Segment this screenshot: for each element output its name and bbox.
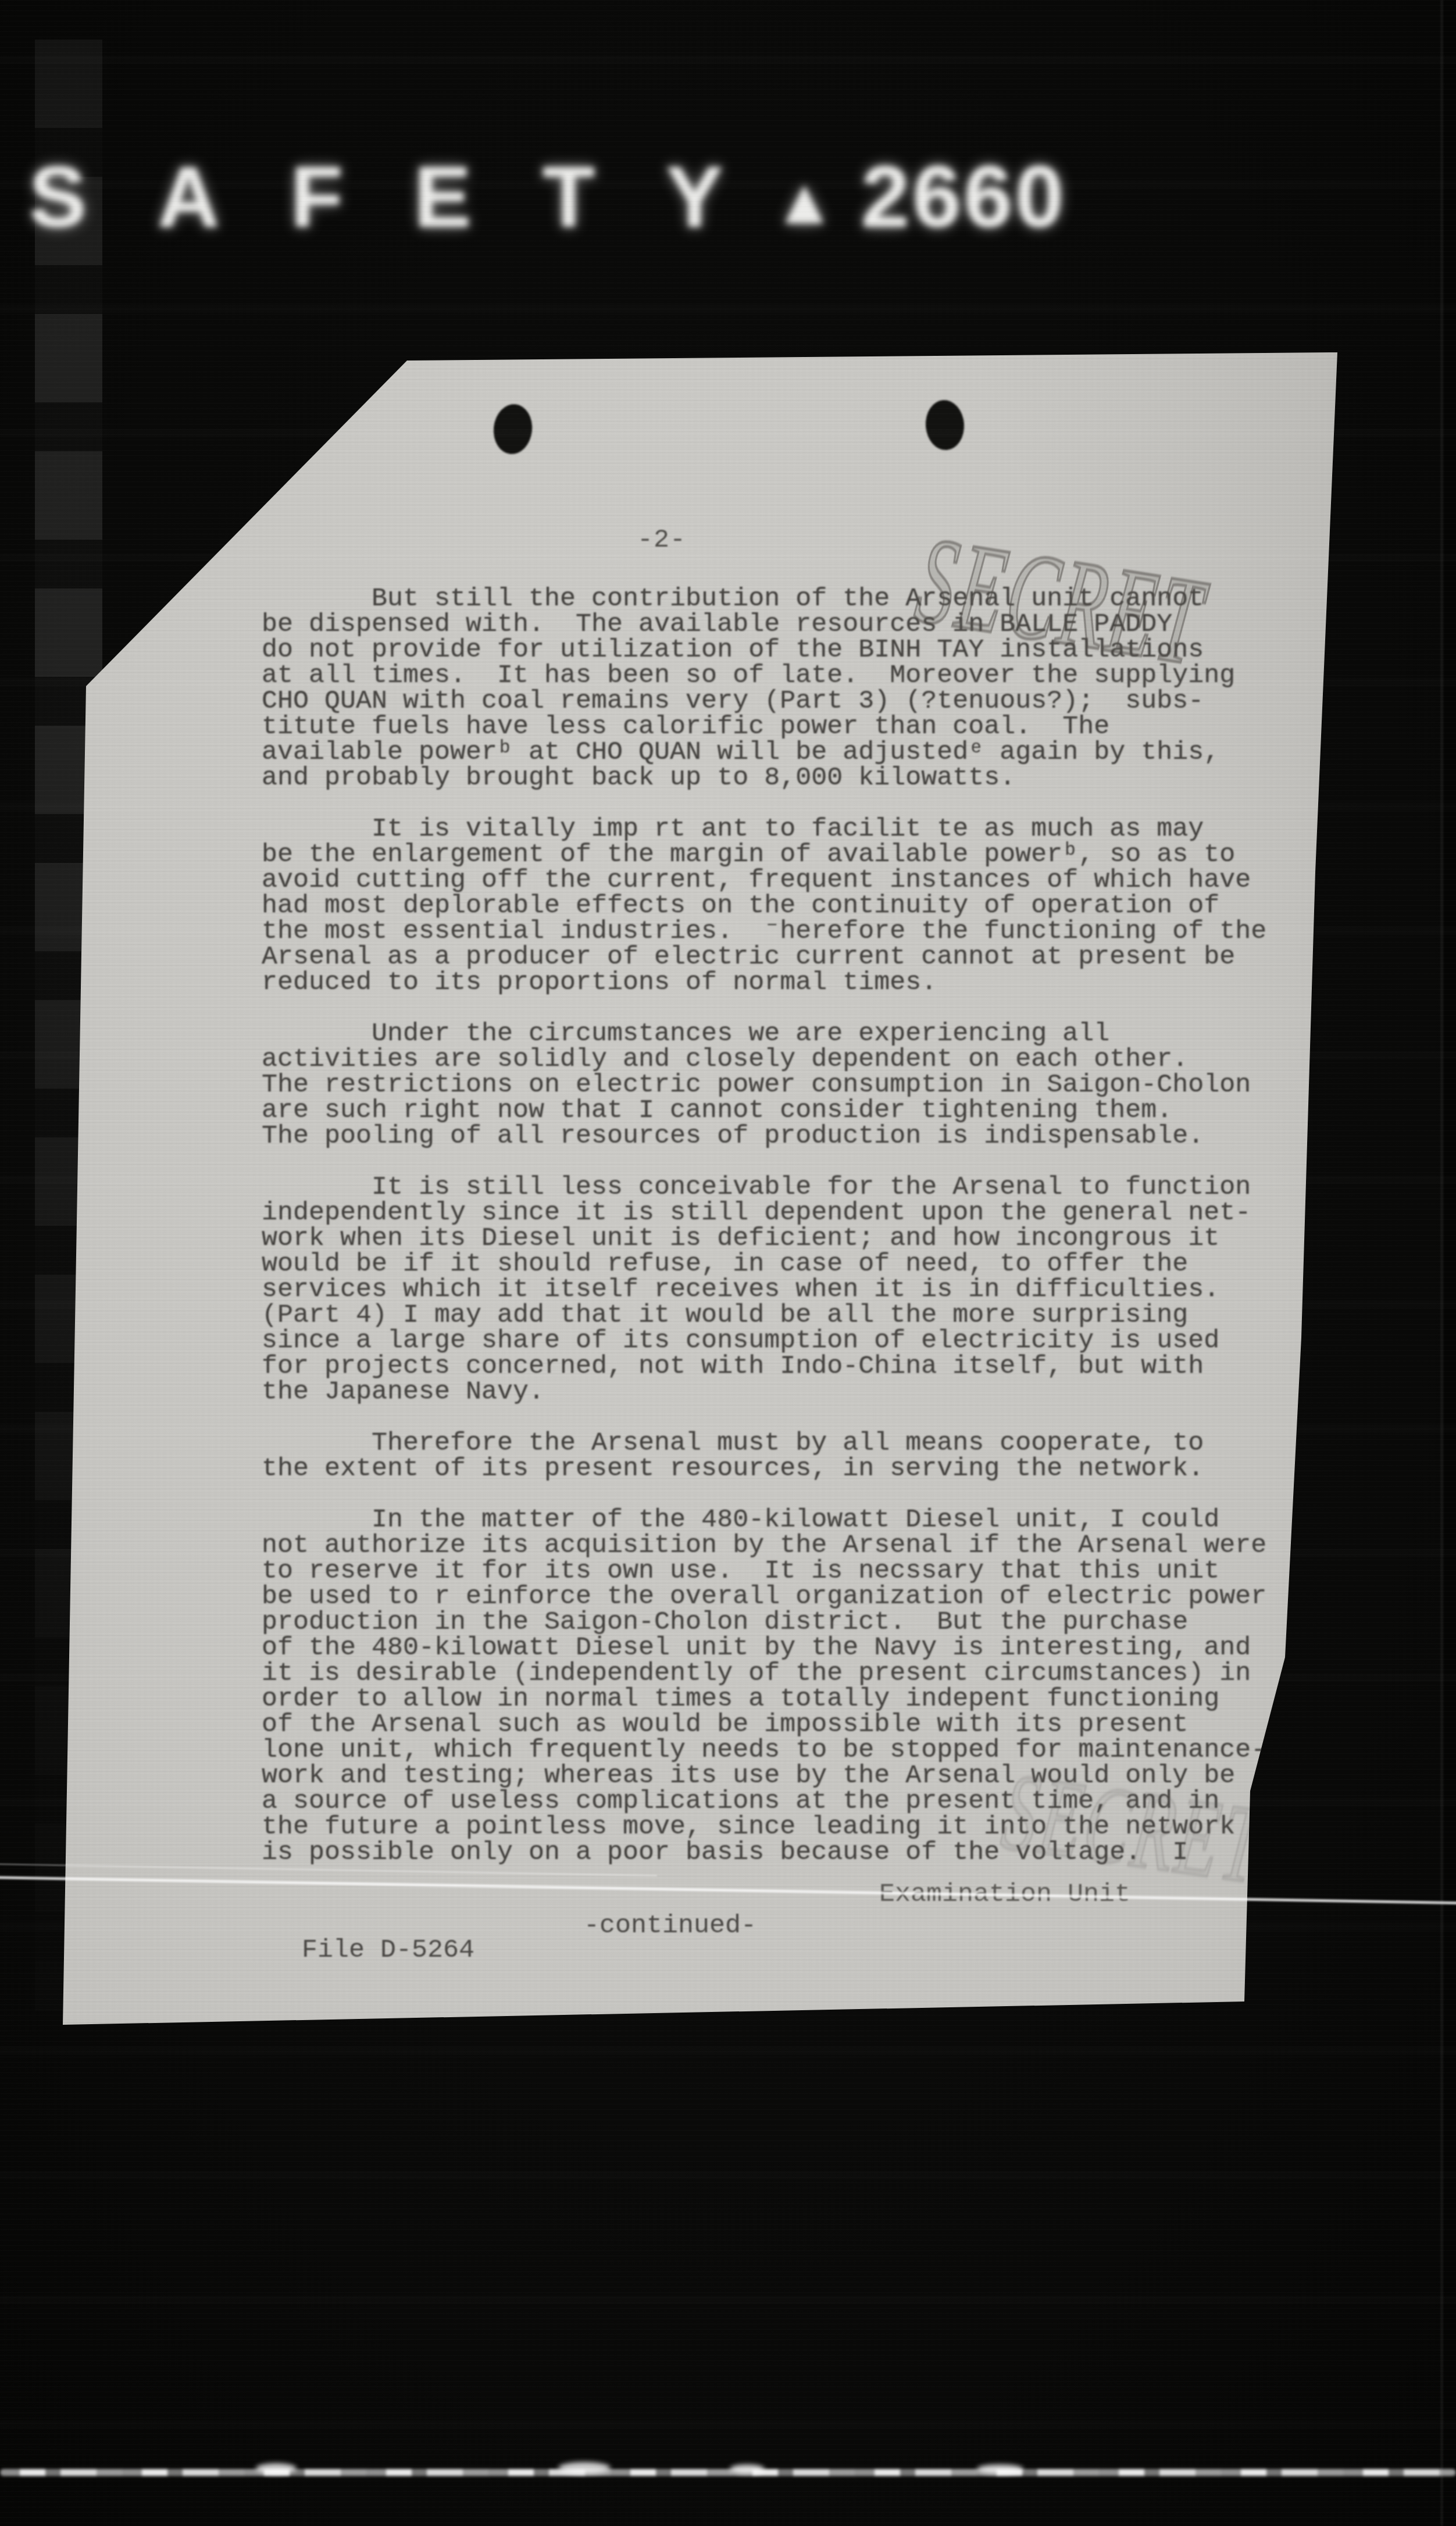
- continued-label: -continued-: [584, 1911, 756, 1940]
- paragraph-3: Under the circumstances we are experienc…: [262, 1021, 1285, 1149]
- punch-hole-left: [491, 402, 535, 456]
- microfilm-frame: SAFETY▲2660 -2- But still the contributi…: [0, 0, 1456, 2526]
- triangle-icon: ▲: [772, 165, 837, 237]
- film-edge-bump: [558, 2462, 611, 2474]
- film-edge-line: [0, 2469, 1456, 2476]
- film-edge-seam: [1440, 0, 1443, 2526]
- paragraph-2: It is vitally imp rt ant to facilit te a…: [262, 816, 1285, 996]
- punch-hole-right: [924, 399, 966, 451]
- page-number: -2-: [637, 525, 686, 555]
- paragraph-5: Therefore the Arsenal must by all means …: [262, 1430, 1285, 1482]
- frame-number: 2660: [861, 148, 1067, 245]
- paragraph-4: It is still less conceivable for the Ars…: [262, 1175, 1285, 1405]
- film-caption: SAFETY▲2660: [29, 147, 1066, 247]
- document-page: -2- But still the contribution of the Ar…: [0, 0, 1456, 2526]
- film-edge-bump: [977, 2464, 1023, 2474]
- document-body: But still the contribution of the Arsena…: [262, 586, 1285, 1891]
- film-right-edge: [1444, 0, 1456, 2526]
- film-edge-bump: [256, 2463, 297, 2474]
- safety-text: SAFETY: [29, 149, 794, 245]
- file-number-label: File D-5264: [302, 1935, 474, 1965]
- film-edge-bump: [730, 2464, 765, 2474]
